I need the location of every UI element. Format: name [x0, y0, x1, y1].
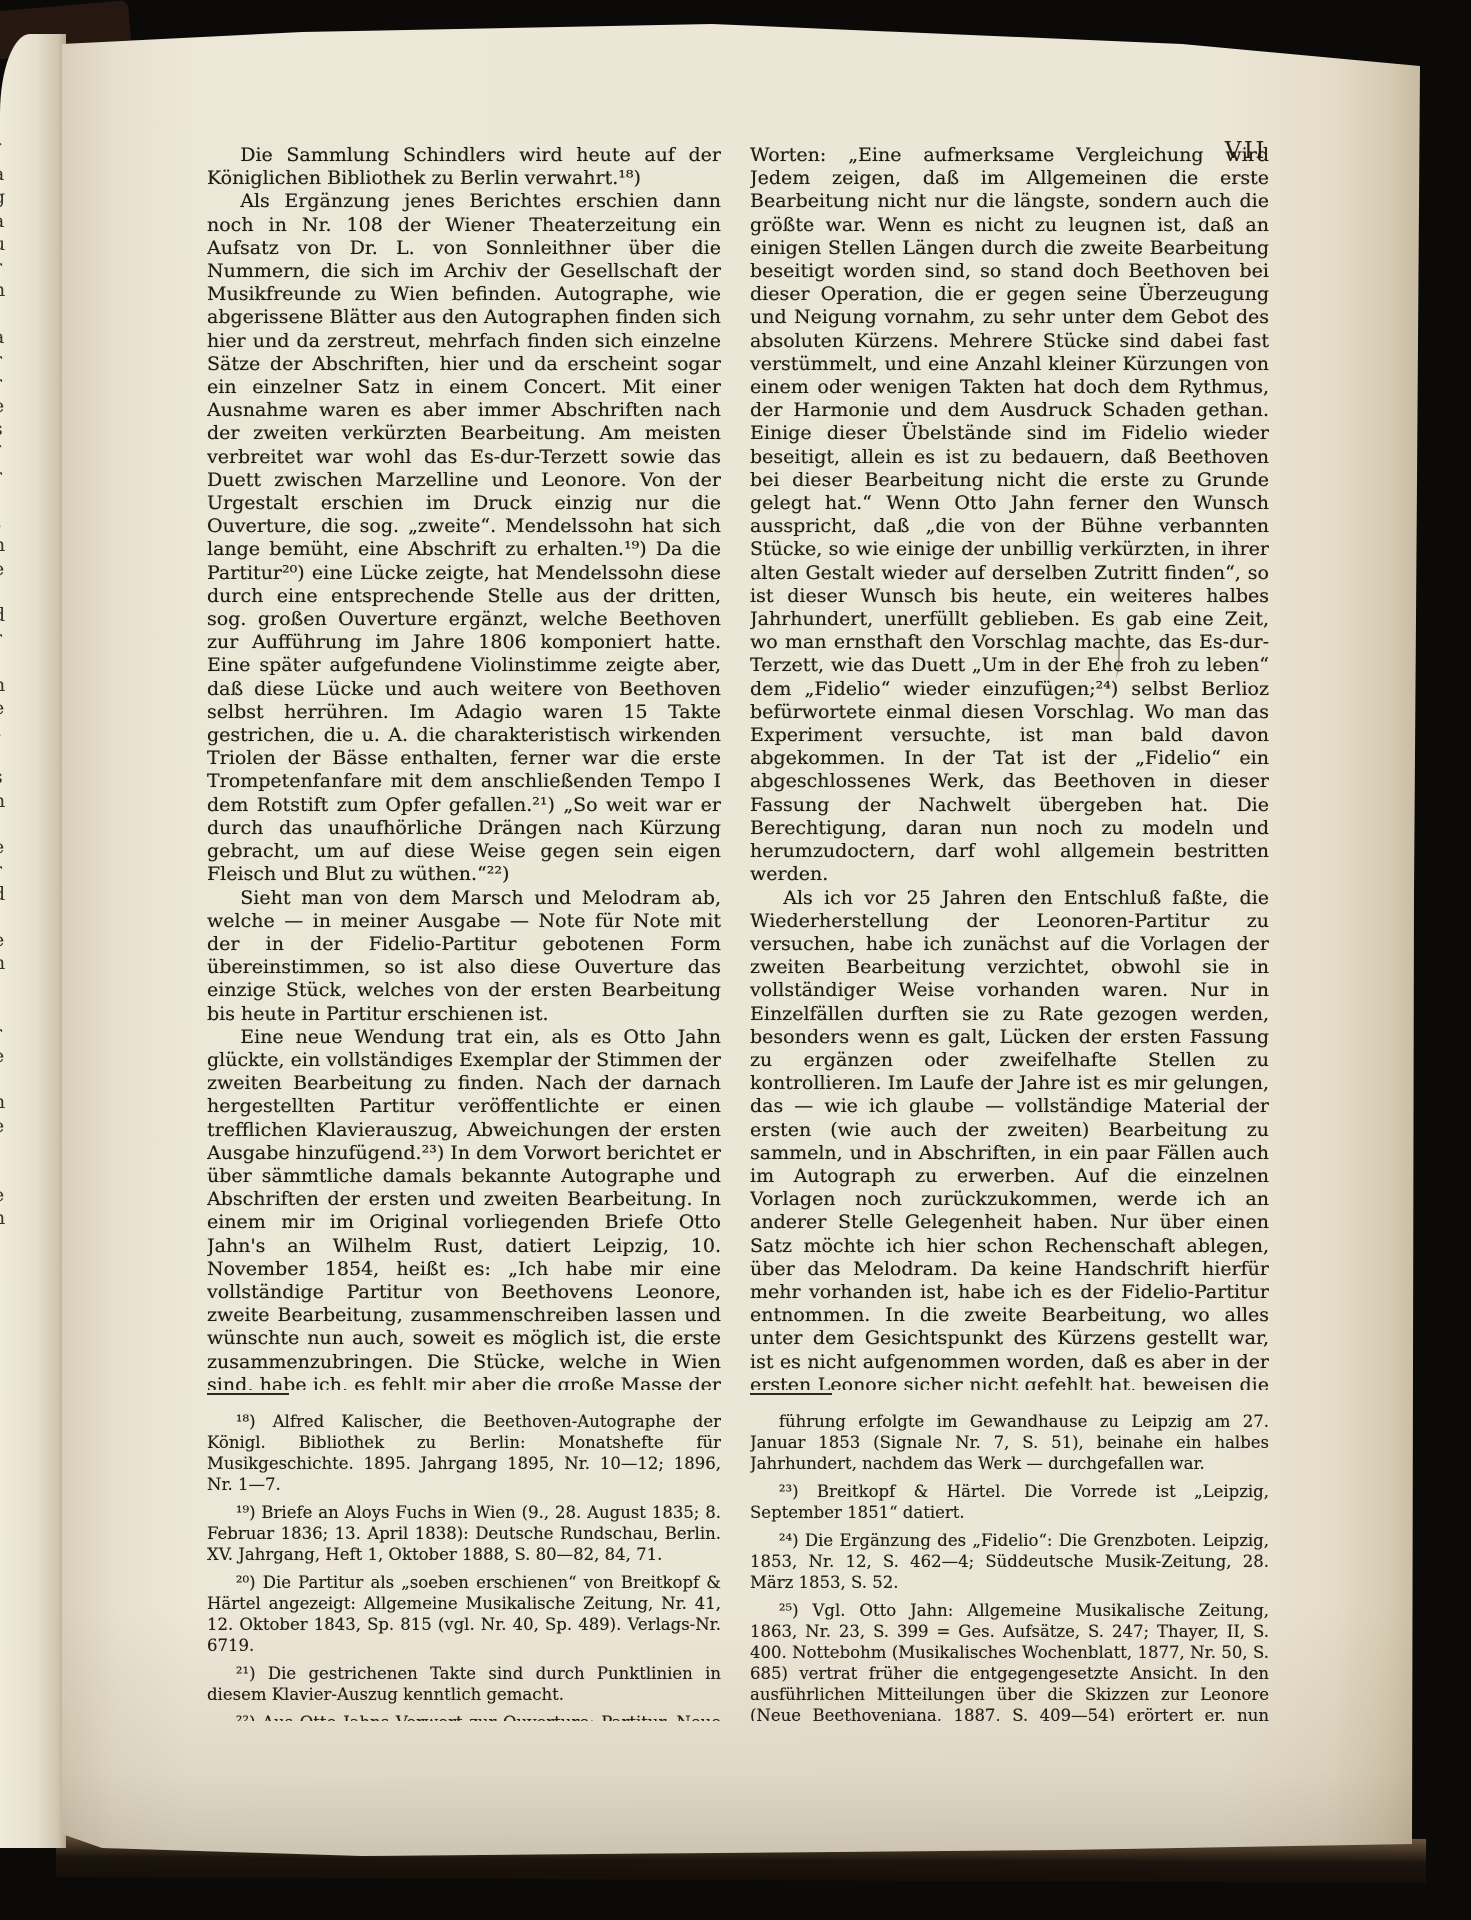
footnote-item: ¹⁸) Alfred Kalischer, die Beethoven-Auto…: [207, 1411, 721, 1495]
footnote-item: ²³) Breitkopf & Härtel. Die Vorrede ist …: [750, 1481, 1269, 1523]
footnote-item: ²⁵) Vgl. Otto Jahn: Allgemeine Musikalis…: [750, 1600, 1269, 1721]
footnote-item: ²⁰) Die Partitur als „soeben erschienen“…: [207, 1572, 721, 1656]
footnote-item: ²⁴) Die Ergänzung des „Fidelio“: Die Gre…: [750, 1530, 1269, 1593]
footnote-separator: [207, 1393, 289, 1395]
footnote-item: ²²) Aus Otto Jahns Vorwort zur Ouverture…: [207, 1712, 721, 1721]
book-photo: f a g a u r h , a r r e s f r t n e d r …: [0, 0, 1471, 1920]
text-column-left: Die Sammlung Schindlers wird heute auf d…: [207, 144, 721, 1390]
body-paragraph: Sieht man von dem Marsch und Melodram ab…: [207, 887, 721, 1026]
book-page: VII Die Sammlung Schindlers wird heute a…: [62, 14, 1420, 1864]
body-paragraph: Als ich vor 25 Jahren den Entschluß faßt…: [750, 887, 1269, 1391]
text-column-right: Worten: „Eine aufmerksame Vergleichung w…: [750, 144, 1269, 1390]
body-paragraph: Als Ergänzung jenes Berichtes erschien d…: [207, 190, 721, 886]
footnote-separator: [750, 1393, 832, 1395]
body-paragraph: Worten: „Eine aufmerksame Vergleichung w…: [750, 144, 1269, 887]
footnote-item: ¹⁹) Briefe an Aloys Fuchs in Wien (9., 2…: [207, 1502, 721, 1565]
footnotes-right: führung erfolgte im Gewandhause zu Leipz…: [750, 1411, 1269, 1721]
paper-scratch-mark: [1110, 626, 1120, 678]
footnote-item: führung erfolgte im Gewandhause zu Leipz…: [750, 1411, 1269, 1474]
body-paragraph: Die Sammlung Schindlers wird heute auf d…: [207, 144, 721, 190]
footnotes-left: ¹⁸) Alfred Kalischer, die Beethoven-Auto…: [207, 1411, 721, 1721]
body-paragraph: Eine neue Wendung trat ein, als es Otto …: [207, 1026, 721, 1390]
facing-page-text-fragments: f a g a u r h , a r r e s f r t n e d r …: [0, 140, 13, 1660]
footnote-item: ²¹) Die gestrichenen Takte sind durch Pu…: [207, 1663, 721, 1705]
